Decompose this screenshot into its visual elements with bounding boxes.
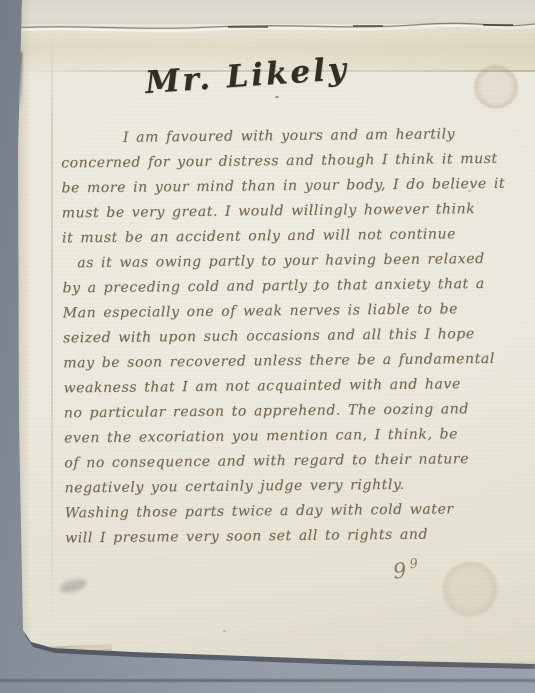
left-edge-dark-mark (13, 52, 22, 107)
letter-line: of no consequence and with regard to the… (64, 447, 514, 477)
seal-stain (473, 64, 519, 110)
background-shadow-line (0, 679, 535, 682)
letter-page: Mr. Likely I am favoured with yours and … (13, 0, 535, 672)
vertical-fold-line (51, 30, 53, 630)
flourish-glyph: 9 (391, 558, 408, 584)
ink-speck (223, 630, 226, 632)
letter-line: will I presume very soon set all to righ… (65, 522, 515, 552)
stacked-page-edges (17, 644, 113, 667)
left-edge-shadow (13, 0, 31, 672)
manuscript-scan: Mr. Likely I am favoured with yours and … (0, 0, 535, 693)
faint-stain (441, 560, 499, 618)
pencil-smudge (58, 577, 88, 596)
pen-flourish-mark: 99 (391, 556, 420, 583)
letter-body: I am favoured with yours and am heartily… (61, 122, 515, 552)
letter-line: Washing those parts twice a day with col… (65, 497, 515, 527)
flourish-glyph-small: 9 (409, 556, 419, 572)
ink-speck (275, 96, 279, 98)
